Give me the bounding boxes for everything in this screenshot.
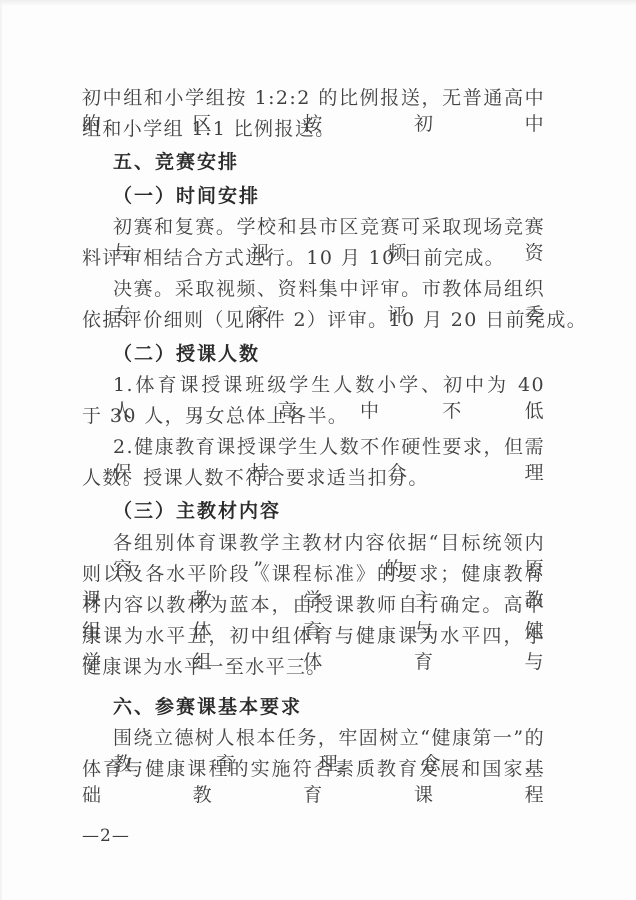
section-heading: 六、参赛课基本要求 (82, 694, 545, 725)
text-line: 材内容以教材为蓝本，由授课教师自行确定。高中组体育与健 (82, 592, 545, 623)
page-number: —2— (82, 826, 130, 846)
document-body: 初中组和小学组按 1:2:2 的比例报送，无普通高中的区按初中组和小学组 1:1… (82, 85, 545, 787)
text-line: 各组别体育课教学主教材内容依据“目标统领内容”的原 (82, 530, 545, 561)
text-line: 决赛。采取视频、资料集中评审。市教体局组织专家评委 (82, 276, 545, 307)
text-line: 康课为水平五，初中组体育与健康课为水平四，小学组体育与 (82, 623, 545, 654)
section-heading: （二）授课人数 (82, 341, 545, 372)
text-line: 初赛和复赛。学校和县市区竞赛可采取现场竞赛与视频资 (82, 214, 545, 245)
section-heading: 五、竞赛安排 (82, 149, 545, 180)
text-line: 依据评价细则（见附件 2）评审。10 月 20 日前完成。 (82, 307, 545, 338)
text-line: 2.健康教育课授课学生人数不作硬性要求，但需保持合理 (82, 434, 545, 465)
document-page: 初中组和小学组按 1:2:2 的比例报送，无普通高中的区按初中组和小学组 1:1… (0, 0, 636, 900)
text-line: 围绕立德树人根本任务，牢固树立“健康第一”的教育理念， (82, 725, 545, 756)
text-line: 料评审相结合方式进行。10 月 10 日前完成。 (82, 245, 545, 276)
text-line: 则以及各水平阶段《课程标准》的要求；健康教育课教学主教 (82, 561, 545, 592)
section-heading: （一）时间安排 (82, 183, 545, 214)
text-line: 1.体育课授课班级学生人数小学、初中为 40 人，高中不低 (82, 372, 545, 403)
text-line: 初中组和小学组按 1:2:2 的比例报送，无普通高中的区按初中 (82, 85, 545, 116)
text-line: 体育与健康课程的实施符合素质教育发展和国家基础教育课程 (82, 756, 545, 787)
section-heading: （三）主教材内容 (82, 498, 545, 529)
